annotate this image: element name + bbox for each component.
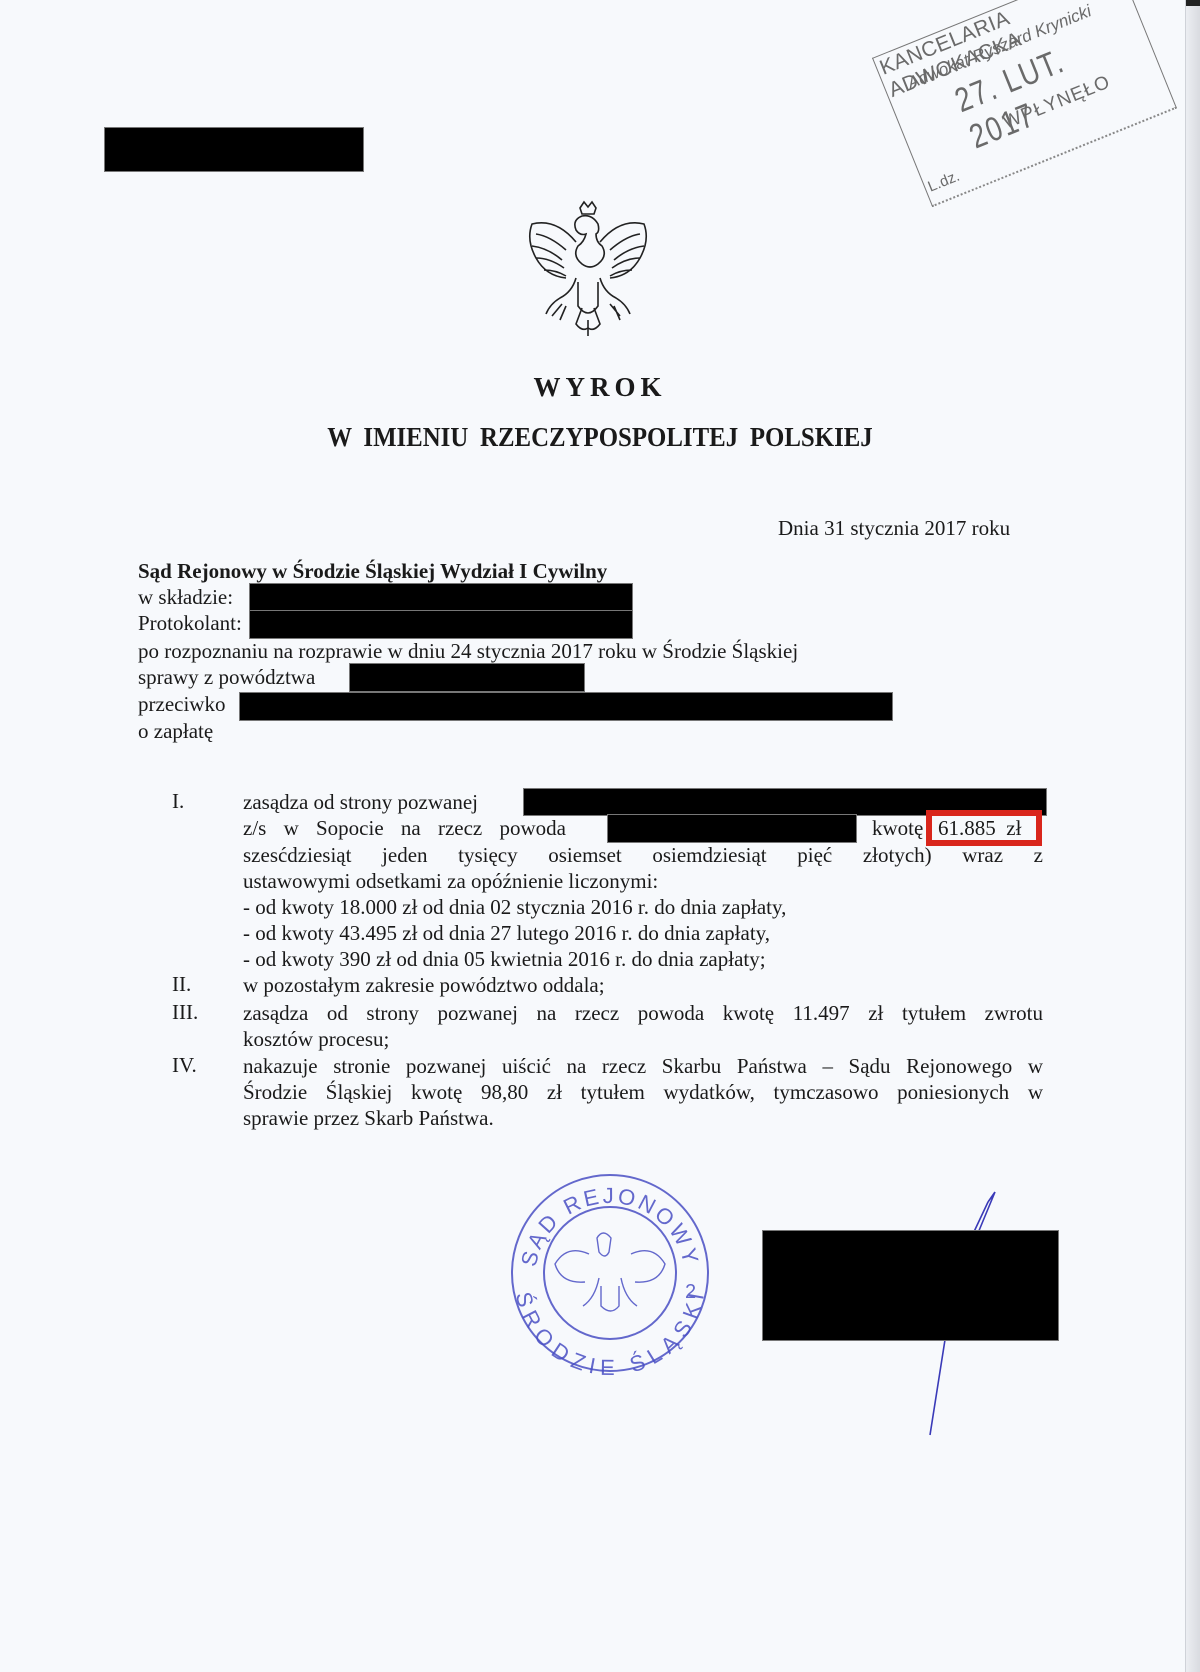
ruling-number-2: II. [172,972,191,997]
ruling-number-3: III. [172,1000,198,1025]
court-seal-stamp-icon: SĄD REJONOWY W ŚRODZIE ŚLĄSKIEJ 2 [505,1168,715,1378]
ruling-3-line-1: zasądza od strony pozwanej na rzecz powo… [243,1000,1043,1026]
redacted-plaintiff-name-ruling [608,815,856,842]
judgment-date: Dnia 31 stycznia 2017 roku [778,515,1010,541]
interest-item-2: - od kwoty 43.495 zł od dnia 27 lutego 2… [243,920,770,946]
document-subtitle: W IMIENIU RZECZYPOSPOLITEJ POLSKIEJ [48,422,1152,453]
amount-highlight-box [926,810,1042,846]
ruling-1-amount-label: kwotę [872,815,923,841]
ruling-1-line-2: z/s w Sopocie na rzecz powoda [243,815,566,841]
law-firm-receipt-stamp: KANCELARIA ADWOKACKA Adwokat Ryszard Kry… [872,0,1178,206]
ruling-number-1: I. [172,789,184,814]
composition-label: w składzie: [138,584,233,610]
ruling-2-line-1: w pozostałym zakresie powództwo oddala; [243,972,605,998]
ruling-4-line-3: sprawie przez Skarb Państwa. [243,1105,494,1131]
ruling-4-line-1: nakazuje stronie pozwanej uiścić na rzec… [243,1053,1043,1079]
ruling-1-line-3: szesćdziesiąt jeden tysięcy osiemset osi… [243,842,1043,868]
redacted-defendant-name [240,693,892,720]
interest-item-3: - od kwoty 390 zł od dnia 05 kwietnia 20… [243,946,766,972]
ruling-4-line-2: Środzie Śląskiej kwotę 98,80 zł tytułem … [243,1079,1043,1105]
redacted-clerk-name [250,611,632,638]
seal-number: 2 [685,1281,699,1303]
court-name: Sąd Rejonowy w Środzie Śląskiej Wydział … [138,558,607,584]
case-subject: o zapłatę [138,718,213,744]
ruling-1-line-1: zasądza od strony pozwanej [243,789,478,815]
seal-top-text: SĄD REJONOWY [516,1183,704,1269]
polish-eagle-emblem-icon [522,200,654,340]
scan-page-edge [1185,0,1200,1672]
ruling-1-line-4: ustawowymi odsetkami za opóźnienie liczo… [243,868,658,894]
redacted-plaintiff-name [350,664,584,691]
ruling-3-line-2: kosztów procesu; [243,1026,389,1052]
hearing-line: po rozpoznaniu na rozprawie w dniu 24 st… [138,638,798,664]
defendant-label: przeciwko [138,691,225,717]
interest-item-1: - od kwoty 18.000 zł od dnia 02 stycznia… [243,894,786,920]
plaintiff-label: sprawy z powództwa [138,664,315,690]
document-title: WYROK [0,372,1200,403]
redacted-judge-signature-block [763,1231,1058,1340]
clerk-label: Protokolant: [138,610,242,636]
scan-corner-mark [1186,0,1200,6]
ruling-number-4: IV. [172,1053,197,1078]
redacted-court-signature-header [105,128,363,171]
